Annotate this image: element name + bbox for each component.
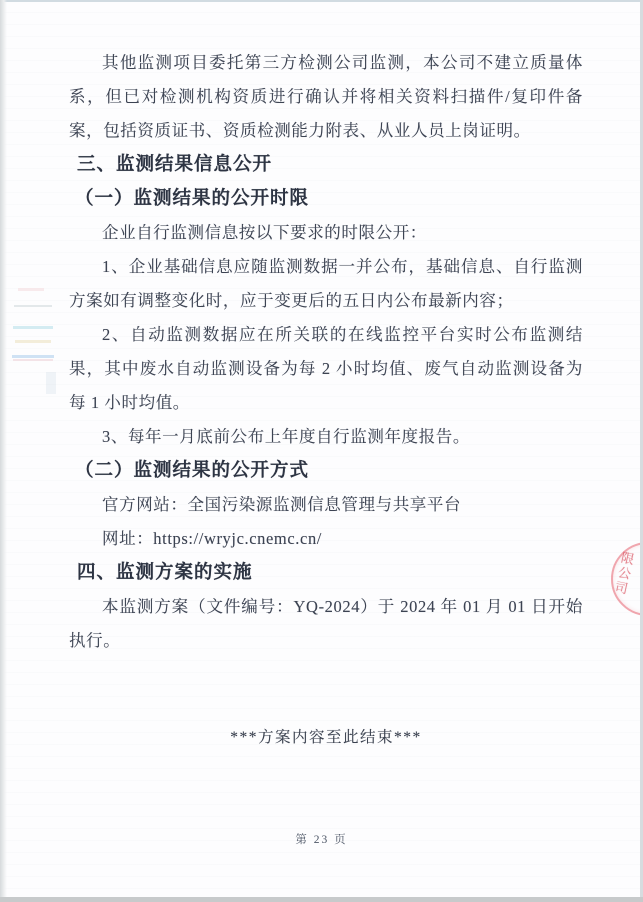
scan-artifact: [18, 288, 44, 291]
paragraph-official-website: 官方网站：全国污染源监测信息管理与共享平台: [69, 488, 583, 522]
paragraph-disclosure-item-3: 3、每年一月底前公布上年度自行监测年度报告。: [69, 420, 583, 454]
document-end-marker: ***方案内容至此结束***: [69, 723, 583, 753]
heading-section-4: 四、监测方案的实施: [77, 556, 583, 590]
heading-section-3: 三、监测结果信息公开: [77, 148, 583, 182]
scan-artifact: [15, 340, 51, 343]
page-edge-top: [0, 0, 643, 2]
scan-artifact: [46, 372, 56, 394]
page-number: 第 23 页: [0, 831, 643, 849]
paragraph-website-url: 网址：https://wryjc.cnemc.cn/: [69, 522, 583, 556]
paragraph-implementation-date: 本监测方案（文件编号：YQ-2024）于 2024 年 01 月 01 日开始执…: [69, 590, 583, 658]
scan-artifact: [13, 359, 53, 361]
page-edge-left: [0, 0, 7, 902]
scan-artifact: [14, 305, 52, 307]
heading-section-3-1: （一）监测结果的公开时限: [75, 182, 583, 216]
paragraph-disclosure-item-1: 1、企业基础信息应随监测数据一并公布，基础信息、自行监测方案如有调整变化时，应于…: [69, 250, 583, 318]
paragraph-disclosure-intro: 企业自行监测信息按以下要求的时限公开：: [69, 216, 583, 250]
heading-section-3-2: （二）监测结果的公开方式: [75, 454, 583, 488]
page-edge-bottom: [0, 897, 643, 902]
scanned-document-page: 其他监测项目委托第三方检测公司监测，本公司不建立质量体系，但已对检测机构资质进行…: [0, 0, 643, 902]
paragraph-third-party-qc: 其他监测项目委托第三方检测公司监测，本公司不建立质量体系，但已对检测机构资质进行…: [69, 46, 583, 148]
document-body: 其他监测项目委托第三方检测公司监测，本公司不建立质量体系，但已对检测机构资质进行…: [69, 46, 583, 658]
paragraph-disclosure-item-2: 2、自动监测数据应在所关联的在线监控平台实时公布监测结果，其中废水自动监测设备为…: [69, 318, 583, 420]
scan-artifact: [13, 326, 53, 329]
scan-artifact: [12, 355, 54, 358]
